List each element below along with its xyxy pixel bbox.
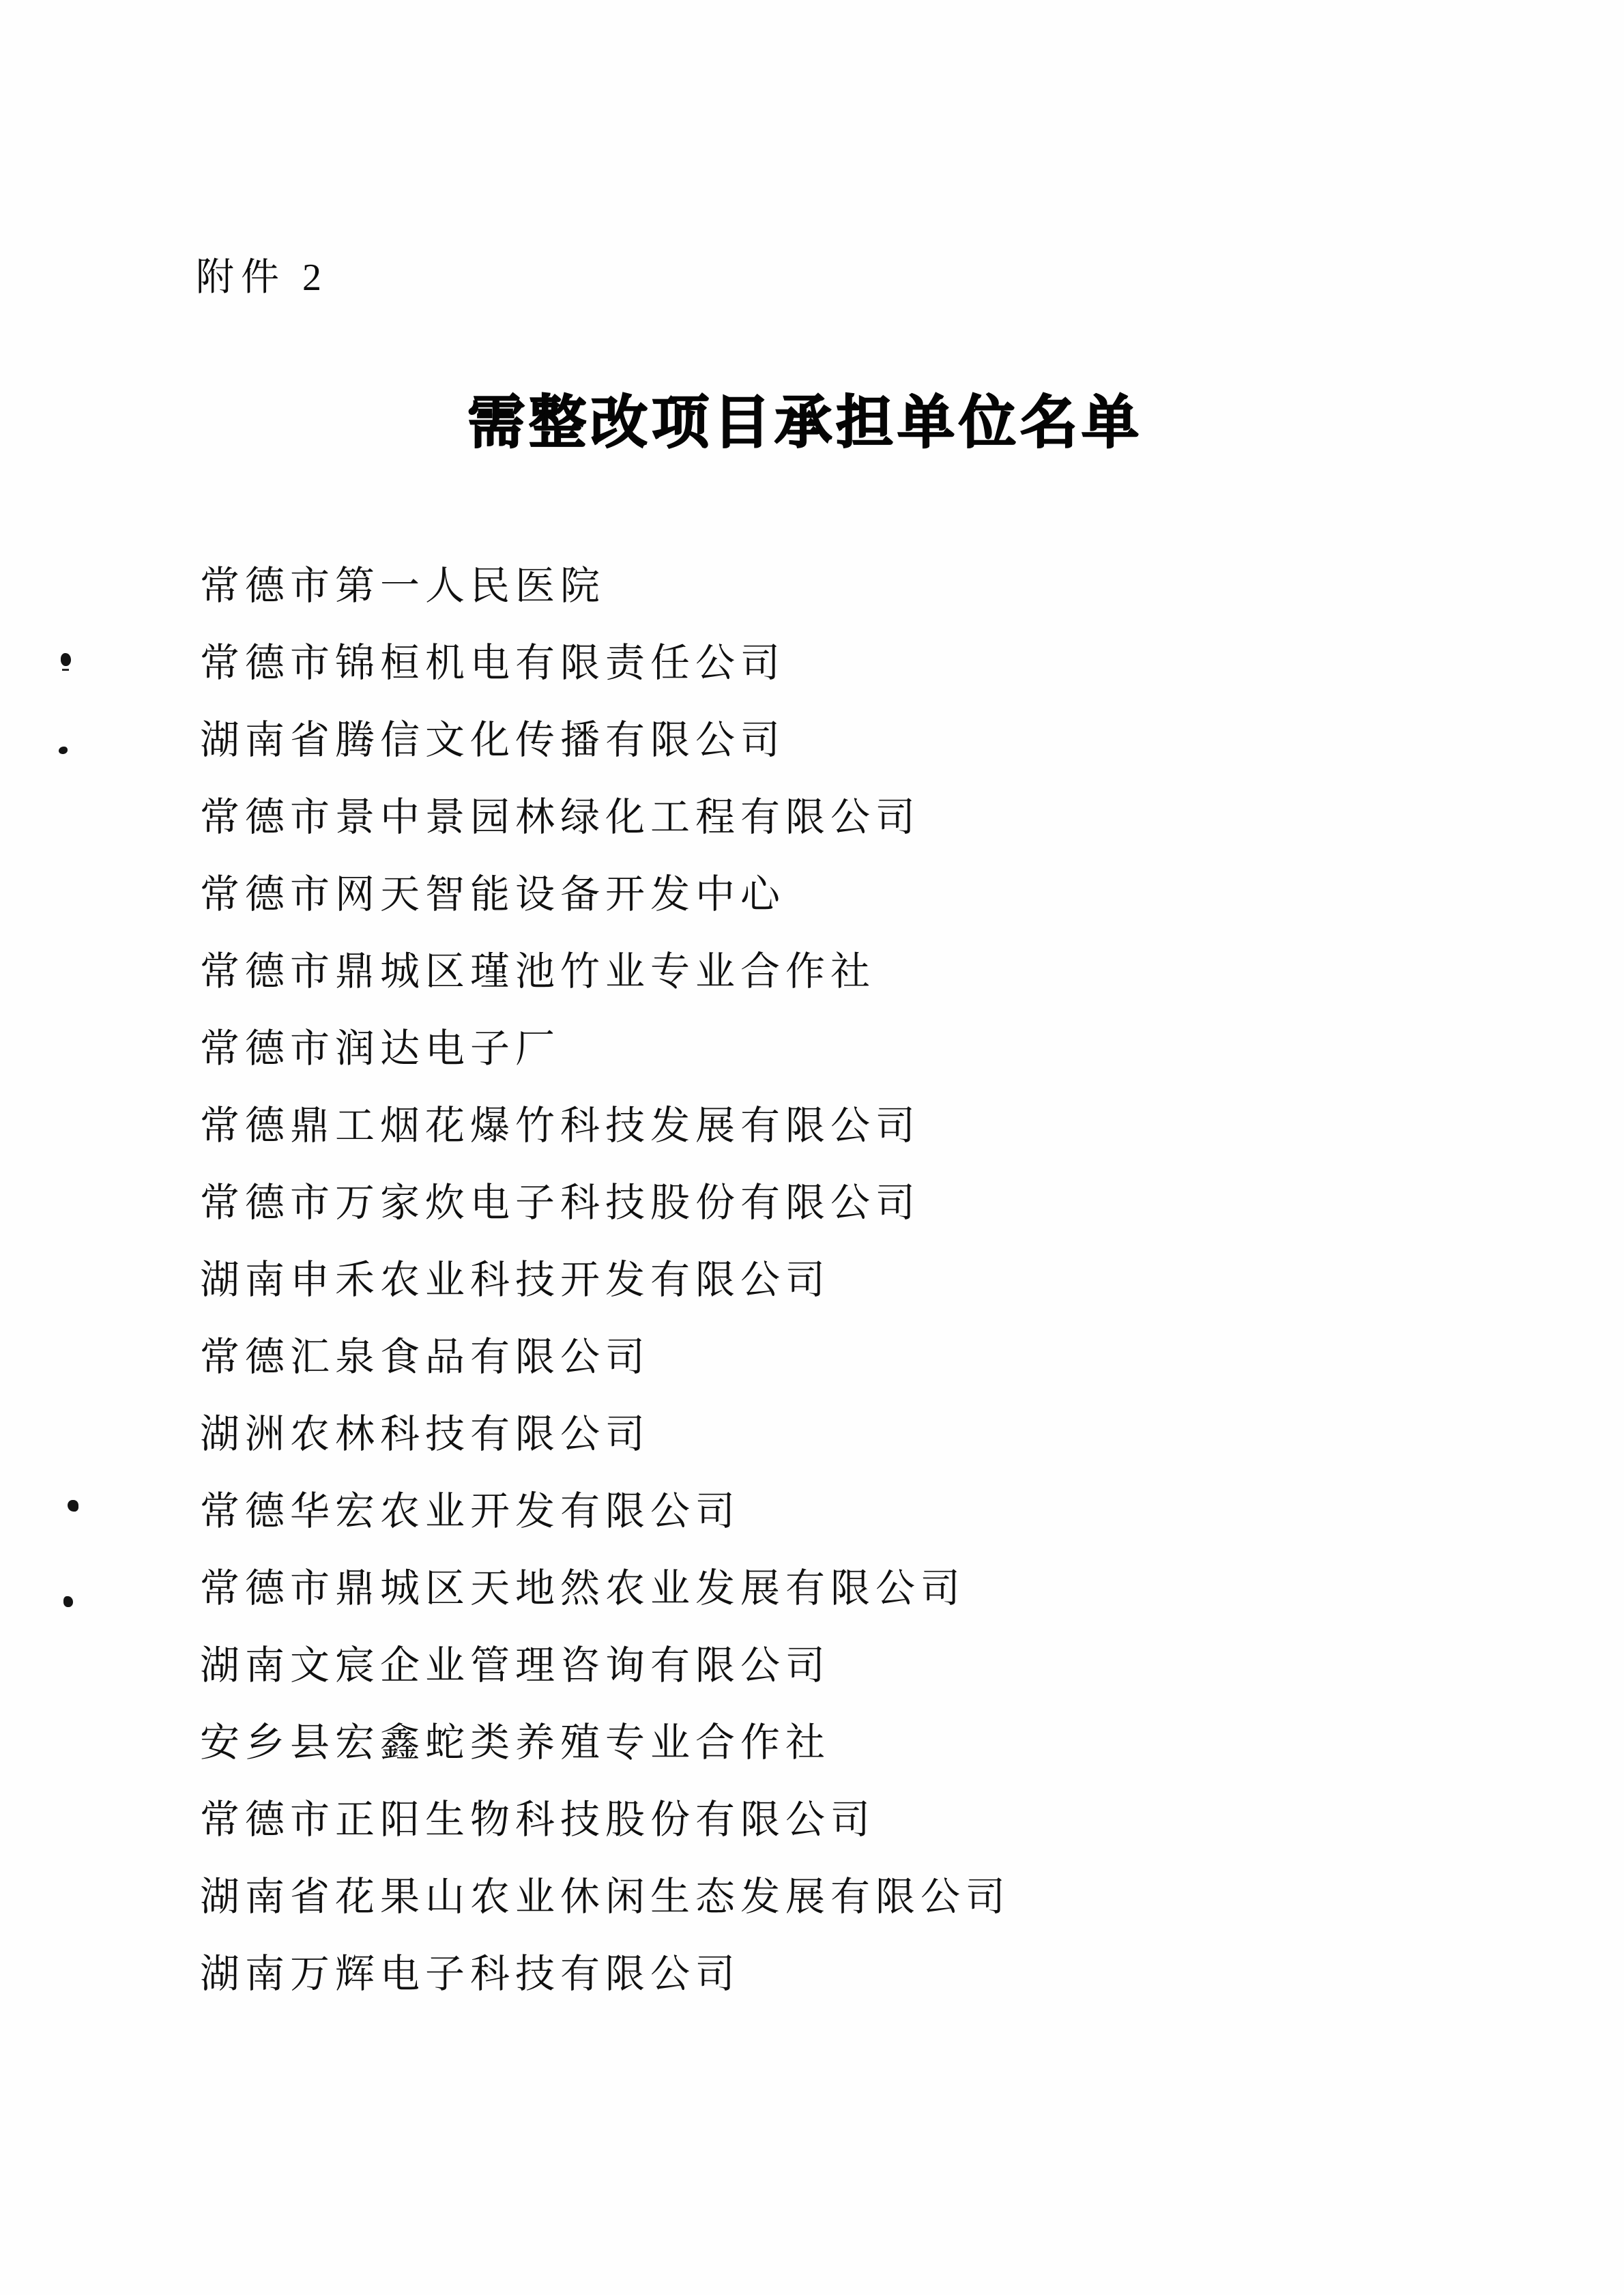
- unit-list-item: 常德市鼎城区瑾池竹业专业合作社: [200, 933, 1428, 1010]
- unit-list-item: 常德市景中景园林绿化工程有限公司: [200, 779, 1428, 856]
- scan-ink-speck: [61, 653, 71, 666]
- unit-list-item: 湖南万辉电子科技有限公司: [200, 1935, 1428, 2012]
- scan-ink-speck: [63, 1596, 73, 1607]
- unit-list-item: 湖南省腾信文化传播有限公司: [200, 702, 1428, 779]
- unit-list-item: 常德华宏农业开发有限公司: [200, 1473, 1428, 1550]
- page-title: 需整改项目承担单位名单: [467, 377, 1143, 459]
- unit-list-item: 常德汇泉食品有限公司: [200, 1318, 1428, 1396]
- unit-list: 常德市第一人民医院 常德市锦桓机电有限责任公司 湖南省腾信文化传播有限公司 常德…: [200, 547, 1428, 2012]
- unit-list-item: 常德市正阳生物科技股份有限公司: [200, 1781, 1428, 1858]
- unit-list-item: 湖南文宸企业管理咨询有限公司: [200, 1627, 1428, 1704]
- unit-list-item: 常德市万家炊电子科技股份有限公司: [200, 1164, 1428, 1241]
- unit-list-item: 常德市第一人民医院: [200, 547, 1428, 624]
- unit-list-item: 安乡县宏鑫蛇类养殖专业合作社: [200, 1704, 1428, 1781]
- unit-list-item: 湖南省花果山农业休闲生态发展有限公司: [200, 1858, 1428, 1935]
- unit-list-item: 常德市网天智能设备开发中心: [200, 856, 1428, 933]
- unit-list-item: 湖南申禾农业科技开发有限公司: [200, 1241, 1428, 1318]
- unit-list-item: 常德鼎工烟花爆竹科技发展有限公司: [200, 1087, 1428, 1164]
- unit-list-item: 常德市润达电子厂: [200, 1010, 1428, 1087]
- attachment-label: 附件 2: [196, 247, 328, 302]
- document-page: 附件 2 需整改项目承担单位名单 常德市第一人民医院 常德市锦桓机电有限责任公司…: [0, 0, 1624, 2295]
- unit-list-item: 常德市锦桓机电有限责任公司: [200, 624, 1428, 702]
- scan-ink-speck: [59, 747, 68, 754]
- scan-ink-speck: [68, 1500, 78, 1512]
- unit-list-item: 常德市鼎城区天地然农业发展有限公司: [200, 1550, 1428, 1627]
- unit-list-item: 湖洲农林科技有限公司: [200, 1396, 1428, 1473]
